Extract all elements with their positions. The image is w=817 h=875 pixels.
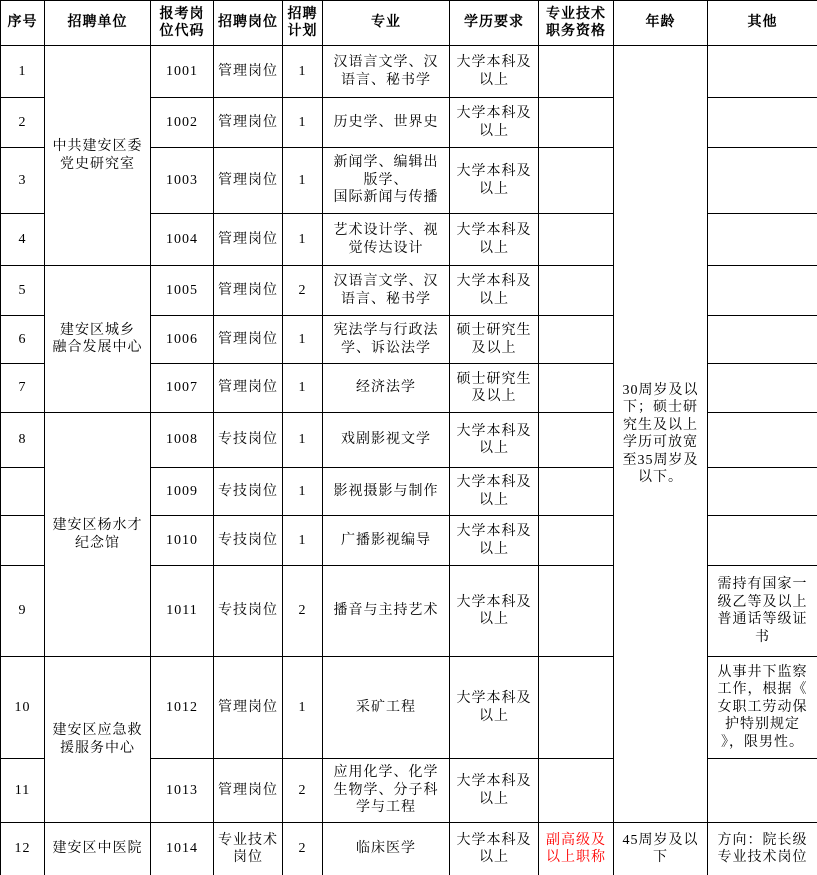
cell-major: 广播影视编导 xyxy=(323,516,450,566)
cell-post: 管理岗位 xyxy=(214,46,283,98)
header-unit: 招聘单位 xyxy=(45,1,151,46)
cell-qualification xyxy=(539,316,614,364)
cell-other xyxy=(708,98,817,148)
cell-education: 硕士研究生 及以上 xyxy=(450,316,539,364)
cell-serial: 9 xyxy=(1,566,45,657)
cell-post: 管理岗位 xyxy=(214,214,283,266)
cell-code: 1005 xyxy=(151,266,214,316)
cell-post: 管理岗位 xyxy=(214,759,283,823)
cell-other xyxy=(708,364,817,413)
cell-education: 大学本科及 以上 xyxy=(450,468,539,516)
header-plan: 招聘 计划 xyxy=(283,1,323,46)
cell-major: 影视摄影与制作 xyxy=(323,468,450,516)
recruitment-table: 序号 招聘单位 报考岗 位代码 招聘岗位 招聘 计划 专业 学历要求 专业技术 … xyxy=(0,0,817,875)
cell-serial xyxy=(1,516,45,566)
cell-code: 1010 xyxy=(151,516,214,566)
cell-plan: 2 xyxy=(283,759,323,823)
cell-education: 大学本科及 以上 xyxy=(450,46,539,98)
cell-other: 从事井下监察 工作，根据《 女职工劳动保 护特别规定 》，限男性。 xyxy=(708,657,817,759)
cell-plan: 2 xyxy=(283,566,323,657)
cell-age: 45周岁及以 下 xyxy=(614,823,708,875)
table-row: 1 中共建安区委 党史研究室 1001 管理岗位 1 汉语言文学、汉 语言、秘书… xyxy=(1,46,817,98)
cell-qualification xyxy=(539,759,614,823)
header-row: 序号 招聘单位 报考岗 位代码 招聘岗位 招聘 计划 专业 学历要求 专业技术 … xyxy=(1,1,817,46)
header-qualification: 专业技术 职务资格 xyxy=(539,1,614,46)
cell-major: 应用化学、化学 生物学、分子科 学与工程 xyxy=(323,759,450,823)
header-major: 专业 xyxy=(323,1,450,46)
cell-qualification xyxy=(539,214,614,266)
table-row: 12 建安区中医院 1014 专业技术 岗位 2 临床医学 大学本科及 以上 副… xyxy=(1,823,817,875)
cell-post: 专技岗位 xyxy=(214,413,283,468)
cell-serial: 5 xyxy=(1,266,45,316)
cell-qualification xyxy=(539,148,614,214)
cell-code: 1001 xyxy=(151,46,214,98)
cell-plan: 1 xyxy=(283,98,323,148)
cell-qualification-highlighted: 副高级及 以上职称 xyxy=(539,823,614,875)
cell-unit: 建安区杨水才 纪念馆 xyxy=(45,413,151,657)
cell-other xyxy=(708,148,817,214)
cell-other xyxy=(708,214,817,266)
cell-serial: 10 xyxy=(1,657,45,759)
cell-qualification xyxy=(539,413,614,468)
cell-qualification xyxy=(539,657,614,759)
cell-education: 大学本科及 以上 xyxy=(450,214,539,266)
header-post: 招聘岗位 xyxy=(214,1,283,46)
cell-qualification xyxy=(539,468,614,516)
cell-serial xyxy=(1,468,45,516)
cell-code: 1012 xyxy=(151,657,214,759)
cell-age-merged: 30周岁及以 下；硕士研 究生及以上 学历可放宽 至35周岁及 以下。 xyxy=(614,46,708,823)
cell-serial: 12 xyxy=(1,823,45,875)
cell-unit: 建安区中医院 xyxy=(45,823,151,875)
cell-plan: 2 xyxy=(283,266,323,316)
cell-other xyxy=(708,46,817,98)
cell-code: 1013 xyxy=(151,759,214,823)
cell-education: 大学本科及 以上 xyxy=(450,657,539,759)
cell-education: 硕士研究生 及以上 xyxy=(450,364,539,413)
cell-qualification xyxy=(539,46,614,98)
cell-post: 管理岗位 xyxy=(214,266,283,316)
cell-post: 管理岗位 xyxy=(214,98,283,148)
cell-other xyxy=(708,468,817,516)
cell-post: 专技岗位 xyxy=(214,566,283,657)
cell-serial: 11 xyxy=(1,759,45,823)
cell-code: 1004 xyxy=(151,214,214,266)
cell-post: 专业技术 岗位 xyxy=(214,823,283,875)
cell-serial: 3 xyxy=(1,148,45,214)
cell-major: 宪法学与行政法 学、诉讼法学 xyxy=(323,316,450,364)
cell-major: 汉语言文学、汉 语言、秘书学 xyxy=(323,46,450,98)
cell-major: 新闻学、编辑出 版学、 国际新闻与传播 xyxy=(323,148,450,214)
cell-major: 历史学、世界史 xyxy=(323,98,450,148)
cell-code: 1014 xyxy=(151,823,214,875)
header-code: 报考岗 位代码 xyxy=(151,1,214,46)
cell-plan: 1 xyxy=(283,413,323,468)
cell-education: 大学本科及 以上 xyxy=(450,148,539,214)
cell-education: 大学本科及 以上 xyxy=(450,516,539,566)
cell-plan: 1 xyxy=(283,316,323,364)
cell-education: 大学本科及 以上 xyxy=(450,759,539,823)
cell-plan: 2 xyxy=(283,823,323,875)
cell-qualification xyxy=(539,266,614,316)
cell-major: 经济法学 xyxy=(323,364,450,413)
cell-education: 大学本科及 以上 xyxy=(450,566,539,657)
cell-plan: 1 xyxy=(283,468,323,516)
cell-other xyxy=(708,266,817,316)
cell-serial: 6 xyxy=(1,316,45,364)
cell-other xyxy=(708,516,817,566)
cell-major: 临床医学 xyxy=(323,823,450,875)
cell-serial: 4 xyxy=(1,214,45,266)
cell-education: 大学本科及 以上 xyxy=(450,413,539,468)
cell-plan: 1 xyxy=(283,516,323,566)
cell-other xyxy=(708,759,817,823)
cell-major: 艺术设计学、视 觉传达设计 xyxy=(323,214,450,266)
cell-unit: 中共建安区委 党史研究室 xyxy=(45,46,151,266)
cell-serial: 7 xyxy=(1,364,45,413)
cell-post: 管理岗位 xyxy=(214,148,283,214)
cell-code: 1007 xyxy=(151,364,214,413)
cell-plan: 1 xyxy=(283,46,323,98)
cell-education: 大学本科及 以上 xyxy=(450,823,539,875)
cell-education: 大学本科及 以上 xyxy=(450,266,539,316)
cell-code: 1002 xyxy=(151,98,214,148)
cell-other: 方向：院长级 专业技术岗位 xyxy=(708,823,817,875)
header-education: 学历要求 xyxy=(450,1,539,46)
cell-qualification xyxy=(539,516,614,566)
header-other: 其他 xyxy=(708,1,817,46)
cell-code: 1008 xyxy=(151,413,214,468)
cell-other xyxy=(708,413,817,468)
cell-post: 专技岗位 xyxy=(214,468,283,516)
cell-code: 1006 xyxy=(151,316,214,364)
cell-code: 1009 xyxy=(151,468,214,516)
cell-qualification xyxy=(539,98,614,148)
cell-post: 专技岗位 xyxy=(214,516,283,566)
cell-serial: 8 xyxy=(1,413,45,468)
cell-unit: 建安区应急救 援服务中心 xyxy=(45,657,151,823)
cell-serial: 2 xyxy=(1,98,45,148)
cell-plan: 1 xyxy=(283,364,323,413)
cell-post: 管理岗位 xyxy=(214,316,283,364)
cell-plan: 1 xyxy=(283,214,323,266)
cell-major: 汉语言文学、汉 语言、秘书学 xyxy=(323,266,450,316)
cell-post: 管理岗位 xyxy=(214,657,283,759)
cell-education: 大学本科及 以上 xyxy=(450,98,539,148)
cell-code: 1003 xyxy=(151,148,214,214)
header-serial: 序号 xyxy=(1,1,45,46)
cell-post: 管理岗位 xyxy=(214,364,283,413)
cell-serial: 1 xyxy=(1,46,45,98)
cell-code: 1011 xyxy=(151,566,214,657)
cell-plan: 1 xyxy=(283,657,323,759)
cell-qualification xyxy=(539,364,614,413)
cell-other: 需持有国家一 级乙等及以上 普通话等级证 书 xyxy=(708,566,817,657)
cell-unit: 建安区城乡 融合发展中心 xyxy=(45,266,151,413)
cell-other xyxy=(708,316,817,364)
cell-major: 采矿工程 xyxy=(323,657,450,759)
cell-major: 播音与主持艺术 xyxy=(323,566,450,657)
cell-qualification xyxy=(539,566,614,657)
cell-major: 戏剧影视文学 xyxy=(323,413,450,468)
header-age: 年龄 xyxy=(614,1,708,46)
recruitment-table-sheet: 序号 招聘单位 报考岗 位代码 招聘岗位 招聘 计划 专业 学历要求 专业技术 … xyxy=(0,0,817,875)
cell-plan: 1 xyxy=(283,148,323,214)
